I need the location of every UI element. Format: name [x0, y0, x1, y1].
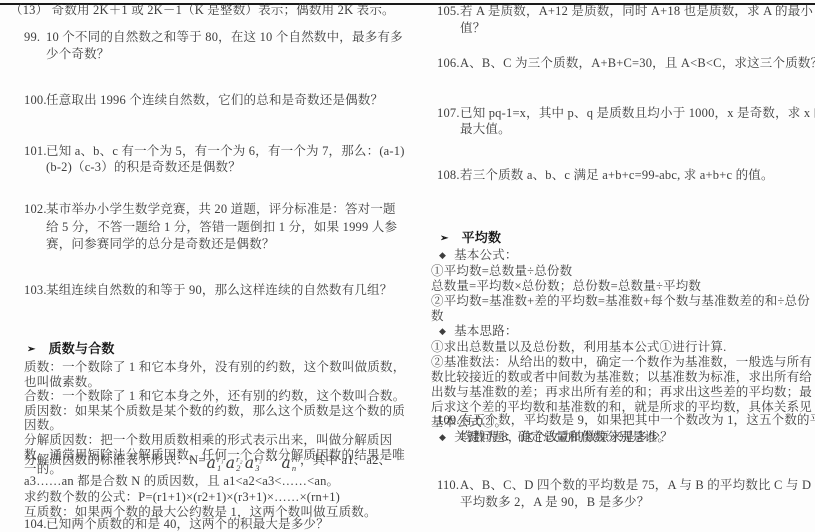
problem-number: 99. [24, 29, 40, 46]
note-text: 基本公式： [454, 248, 518, 262]
problem-104: 104. 已知两个质数的和是 40，这两个的积最大是多少？ [24, 516, 424, 532]
formula-base: a [281, 454, 290, 472]
problem-number: 107. [437, 105, 460, 121]
problem-text: 已知 pq-1=x，其中 p、q 是质数且均小于 1000，x 是奇数，求 x … [460, 106, 815, 136]
formula-scripts: r₃3 [255, 455, 262, 472]
formula-term: ar₃3 [245, 454, 262, 472]
formula-subscript: n [292, 464, 299, 472]
note-average-formula-1: ①平均数=总数量÷总份数 [431, 264, 813, 279]
formula-scripts: rₙn [292, 455, 299, 472]
problem-text: 某市举办小学生数学竞赛，共 20 道题，评分标准是：答对一题给 5 分，不答一题… [46, 202, 397, 251]
problem-106: 106. A、B、C 为三个质数，A+B+C=30，且 A<B<C，求这三个质数… [437, 55, 815, 72]
problem-text: 任意取出 1996 个连续自然数，它们的总和是奇数还是偶数？ [46, 93, 383, 107]
formula-scripts: r₁1 [217, 455, 224, 472]
problem-105: 105. 若 A 是质数，A+12 是质数，同时 A+18 也是质数，求 A 的… [437, 3, 815, 37]
problem-102: 102. 某市举办小学生数学竞赛，共 20 道题，评分标准是：答对一题给 5 分… [24, 201, 408, 254]
formula-superscript: r₂ [236, 455, 243, 463]
formula-intro: 分解质因数的标准表示形式：N= [24, 453, 206, 467]
formula-term: ar₂2 [226, 454, 243, 472]
problem-text: 10 个不同的自然数之和等于 80，在这 10 个自然数中，最多有多少个奇数？ [46, 30, 403, 61]
problem-107: 107. 已知 pq-1=x，其中 p、q 是质数且均小于 1000，x 是奇数… [437, 105, 815, 137]
problem-text: 已知两个质数的和是 40，这两个的积最大是多少？ [46, 517, 329, 531]
problem-108: 108. 若三个质数 a、b、c 满足 a+b+c=99-abc, 求 a+b+… [437, 167, 815, 184]
section-header-primes-composites: ➢质数与合数 [27, 341, 115, 358]
section-title: 平均数 [462, 230, 502, 245]
note-average-formula-2: ②平均数=基准数+差的平均数=基准数+每个数与基准数差的和÷总份数 [431, 294, 813, 324]
section-header-averages: ➢平均数 [440, 230, 501, 247]
standard-form-line: 分解质因数的标准表示形式：N=ar₁1ar₂2ar₃3⋯arₙn，其中 a1、a… [24, 451, 408, 490]
problem-number: 106. [437, 55, 460, 72]
problem-text: A、B、C 为三个质数，A+B+C=30，且 A<B<C，求这三个质数？ [460, 56, 815, 70]
definition-composite: 合数：一个数除了 1 和它本身之外，还有别的约数，这个数叫合数。 [24, 389, 408, 404]
formula-scripts: r₂2 [236, 455, 243, 472]
bullet-basic-approach: ◆基本思路： [431, 324, 813, 340]
section-arrow-icon: ➢ [440, 233, 449, 244]
section-arrow-icon: ➢ [27, 344, 36, 355]
formula-subscript: 1 [217, 464, 224, 472]
problem-text: 若 A 是质数，A+12 是质数，同时 A+18 也是质数，求 A 的最小值？ [460, 4, 813, 35]
formula-separator: ⋯ [265, 453, 279, 467]
problem-number: 104. [24, 516, 47, 532]
problem-number: 110. [437, 477, 459, 494]
note-text: 基本思路： [454, 324, 518, 338]
problem-number: 101. [24, 143, 47, 159]
formula-base: a [226, 454, 235, 472]
problem-number: 102. [24, 201, 47, 219]
note-total-formulas: 总数量=平均数×总份数；总份数=总数量÷平均数 [431, 279, 813, 294]
definition-prime: 质数：一个数除了 1 和它本身外，没有别的约数，这个数叫做质数，也叫做素数。 [24, 360, 408, 389]
problem-number: 108. [437, 167, 460, 184]
problem-103: 103. 某组连续自然数的和等于 90，那么这样连续的自然数有几组？ [24, 282, 424, 299]
formula-subscript: 3 [255, 464, 262, 472]
note-odd-even-representation: （13） 奇数用 2K＋1 或 2K－1（K 是整数）表示；偶数用 2K 表示。 [10, 2, 404, 18]
problem-text: 有五个数，平均数是 9，如果把其中一个数改为 1，这五个数的平均数为 8，这个改… [460, 413, 815, 444]
formula-term: ar₁1 [207, 454, 224, 472]
formula-base: a [245, 454, 254, 472]
problem-number: 109. [437, 412, 460, 429]
formula-superscript: rₙ [292, 455, 299, 463]
problem-110: 110. A、B、C、D 四个数的平均数是 75，A 与 B 的平均数比 C 与… [437, 477, 815, 510]
formula-term: arₙn [281, 454, 299, 472]
problem-number: 103. [24, 282, 47, 299]
problem-101: 101. 已知 a、b、c 有一个为 5，有一个为 6，有一个为 7，那么：(a… [24, 143, 418, 175]
problem-109: 109. 有五个数，平均数是 9，如果把其中一个数改为 1，这五个数的平均数为 … [437, 412, 815, 446]
note-approach-1: ①求出总数量以及总份数，利用基本公式①进行计算. [431, 340, 813, 355]
diamond-bullet-icon: ◆ [439, 326, 446, 336]
divisor-count-formula: 求约数个数的公式：P=(r1+1)×(r2+1)×(r3+1)×……×(rn+1… [24, 490, 408, 505]
definition-prime-factor: 质因数：如果某个质数是某个数的约数，那么这个质数是这个数的质因数。 [24, 404, 408, 433]
scanned-worksheet-page: （13） 奇数用 2K＋1 或 2K－1（K 是整数）表示；偶数用 2K 表示。… [0, 0, 815, 532]
prime-factorization-formula: ar₁1ar₂2ar₃3⋯arₙn [206, 453, 300, 467]
problem-100: 100. 任意取出 1996 个连续自然数，它们的总和是奇数还是偶数？ [24, 92, 424, 109]
bullet-basic-formulas: ◆基本公式： [431, 248, 813, 264]
formula-subscript: 2 [236, 464, 243, 472]
section-title: 质数与合数 [49, 341, 115, 356]
formula-superscript: r₃ [255, 455, 262, 463]
formula-base: a [207, 454, 216, 472]
diamond-bullet-icon: ◆ [439, 250, 446, 260]
problem-text: 某组连续自然数的和等于 90，那么这样连续的自然数有几组？ [46, 283, 392, 297]
formula-superscript: r₁ [217, 455, 224, 463]
problem-text: A、B、C、D 四个数的平均数是 75，A 与 B 的平均数比 C 与 D 的平… [460, 478, 815, 509]
problem-number: 105. [437, 3, 460, 20]
problem-text: 已知 a、b、c 有一个为 5，有一个为 6，有一个为 7，那么：(a-1)(b… [46, 144, 405, 174]
problem-number: 100. [24, 92, 47, 109]
factorization-formula-block: 分解质因数的标准表示形式：N=ar₁1ar₂2ar₃3⋯arₙn，其中 a1、a… [24, 451, 408, 520]
problem-99: 99. 10 个不同的自然数之和等于 80，在这 10 个自然数中，最多有多少个… [24, 29, 406, 63]
problem-text: 若三个质数 a、b、c 满足 a+b+c=99-abc, 求 a+b+c 的值。 [460, 168, 774, 182]
